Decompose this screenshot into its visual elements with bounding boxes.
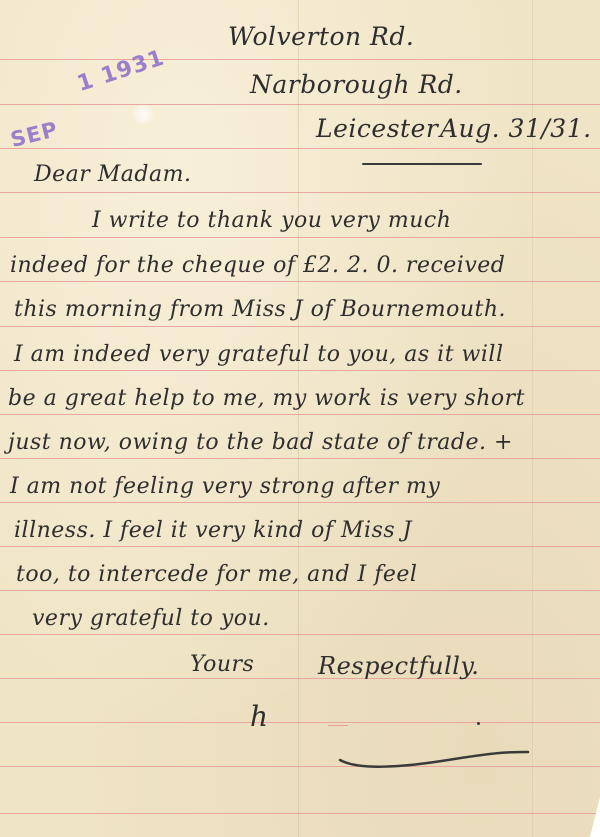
address-city: Leicester bbox=[316, 114, 438, 143]
ruled-line bbox=[0, 546, 600, 547]
signature-redaction-mark bbox=[328, 725, 348, 726]
fold-crease bbox=[298, 0, 299, 837]
body-line-9: too, to intercede for me, and I feel bbox=[16, 562, 417, 587]
torn-corner bbox=[590, 797, 600, 837]
body-line-8: illness. I feel it very kind of Miss J bbox=[14, 518, 412, 543]
ruled-line bbox=[0, 281, 600, 282]
ruled-line bbox=[0, 458, 600, 459]
letter-page: 1 1931 SEP Wolverton Rd. Narborough Rd. … bbox=[0, 0, 600, 837]
address-line-2: Narborough Rd. bbox=[250, 70, 463, 99]
closing-yours: Yours bbox=[190, 652, 254, 677]
ruled-line bbox=[0, 813, 600, 814]
ruled-line bbox=[0, 502, 600, 503]
ruled-line bbox=[0, 326, 600, 327]
salutation: Dear Madam. bbox=[34, 162, 191, 187]
signature-dot bbox=[477, 722, 480, 725]
body-line-2: indeed for the cheque of £2. 2. 0. recei… bbox=[10, 253, 505, 278]
body-line-6: just now, owing to the bad state of trad… bbox=[8, 430, 513, 455]
city-underline bbox=[362, 163, 482, 165]
closing-respectfully: Respectfully. bbox=[318, 652, 479, 680]
ruled-line bbox=[0, 59, 600, 60]
body-line-3: this morning from Miss J of Bournemouth. bbox=[14, 297, 506, 322]
ruled-line bbox=[0, 192, 600, 193]
ruled-line bbox=[0, 370, 600, 371]
paper-blemish bbox=[132, 105, 154, 123]
ruled-line bbox=[0, 722, 600, 723]
signature-flourish bbox=[338, 748, 530, 770]
ruled-line bbox=[0, 678, 600, 679]
body-line-4: I am indeed very grateful to you, as it … bbox=[14, 342, 503, 367]
ruled-line bbox=[0, 414, 600, 415]
received-stamp-date: 1 1931 bbox=[74, 45, 168, 97]
signature-initial: h bbox=[250, 700, 269, 733]
ruled-line bbox=[0, 148, 600, 149]
address-line-1: Wolverton Rd. bbox=[228, 22, 414, 51]
body-line-1: I write to thank you very much bbox=[92, 208, 451, 233]
body-line-10: very grateful to you. bbox=[32, 606, 270, 631]
ruled-line bbox=[0, 237, 600, 238]
letter-date: Aug. 31/31. bbox=[440, 114, 592, 143]
ruled-line bbox=[0, 590, 600, 591]
body-line-5: be a great help to me, my work is very s… bbox=[8, 386, 525, 411]
ruled-line bbox=[0, 104, 600, 105]
ruled-line bbox=[0, 634, 600, 635]
received-stamp-month: SEP bbox=[8, 117, 60, 152]
body-line-7: I am not feeling very strong after my bbox=[10, 474, 440, 499]
